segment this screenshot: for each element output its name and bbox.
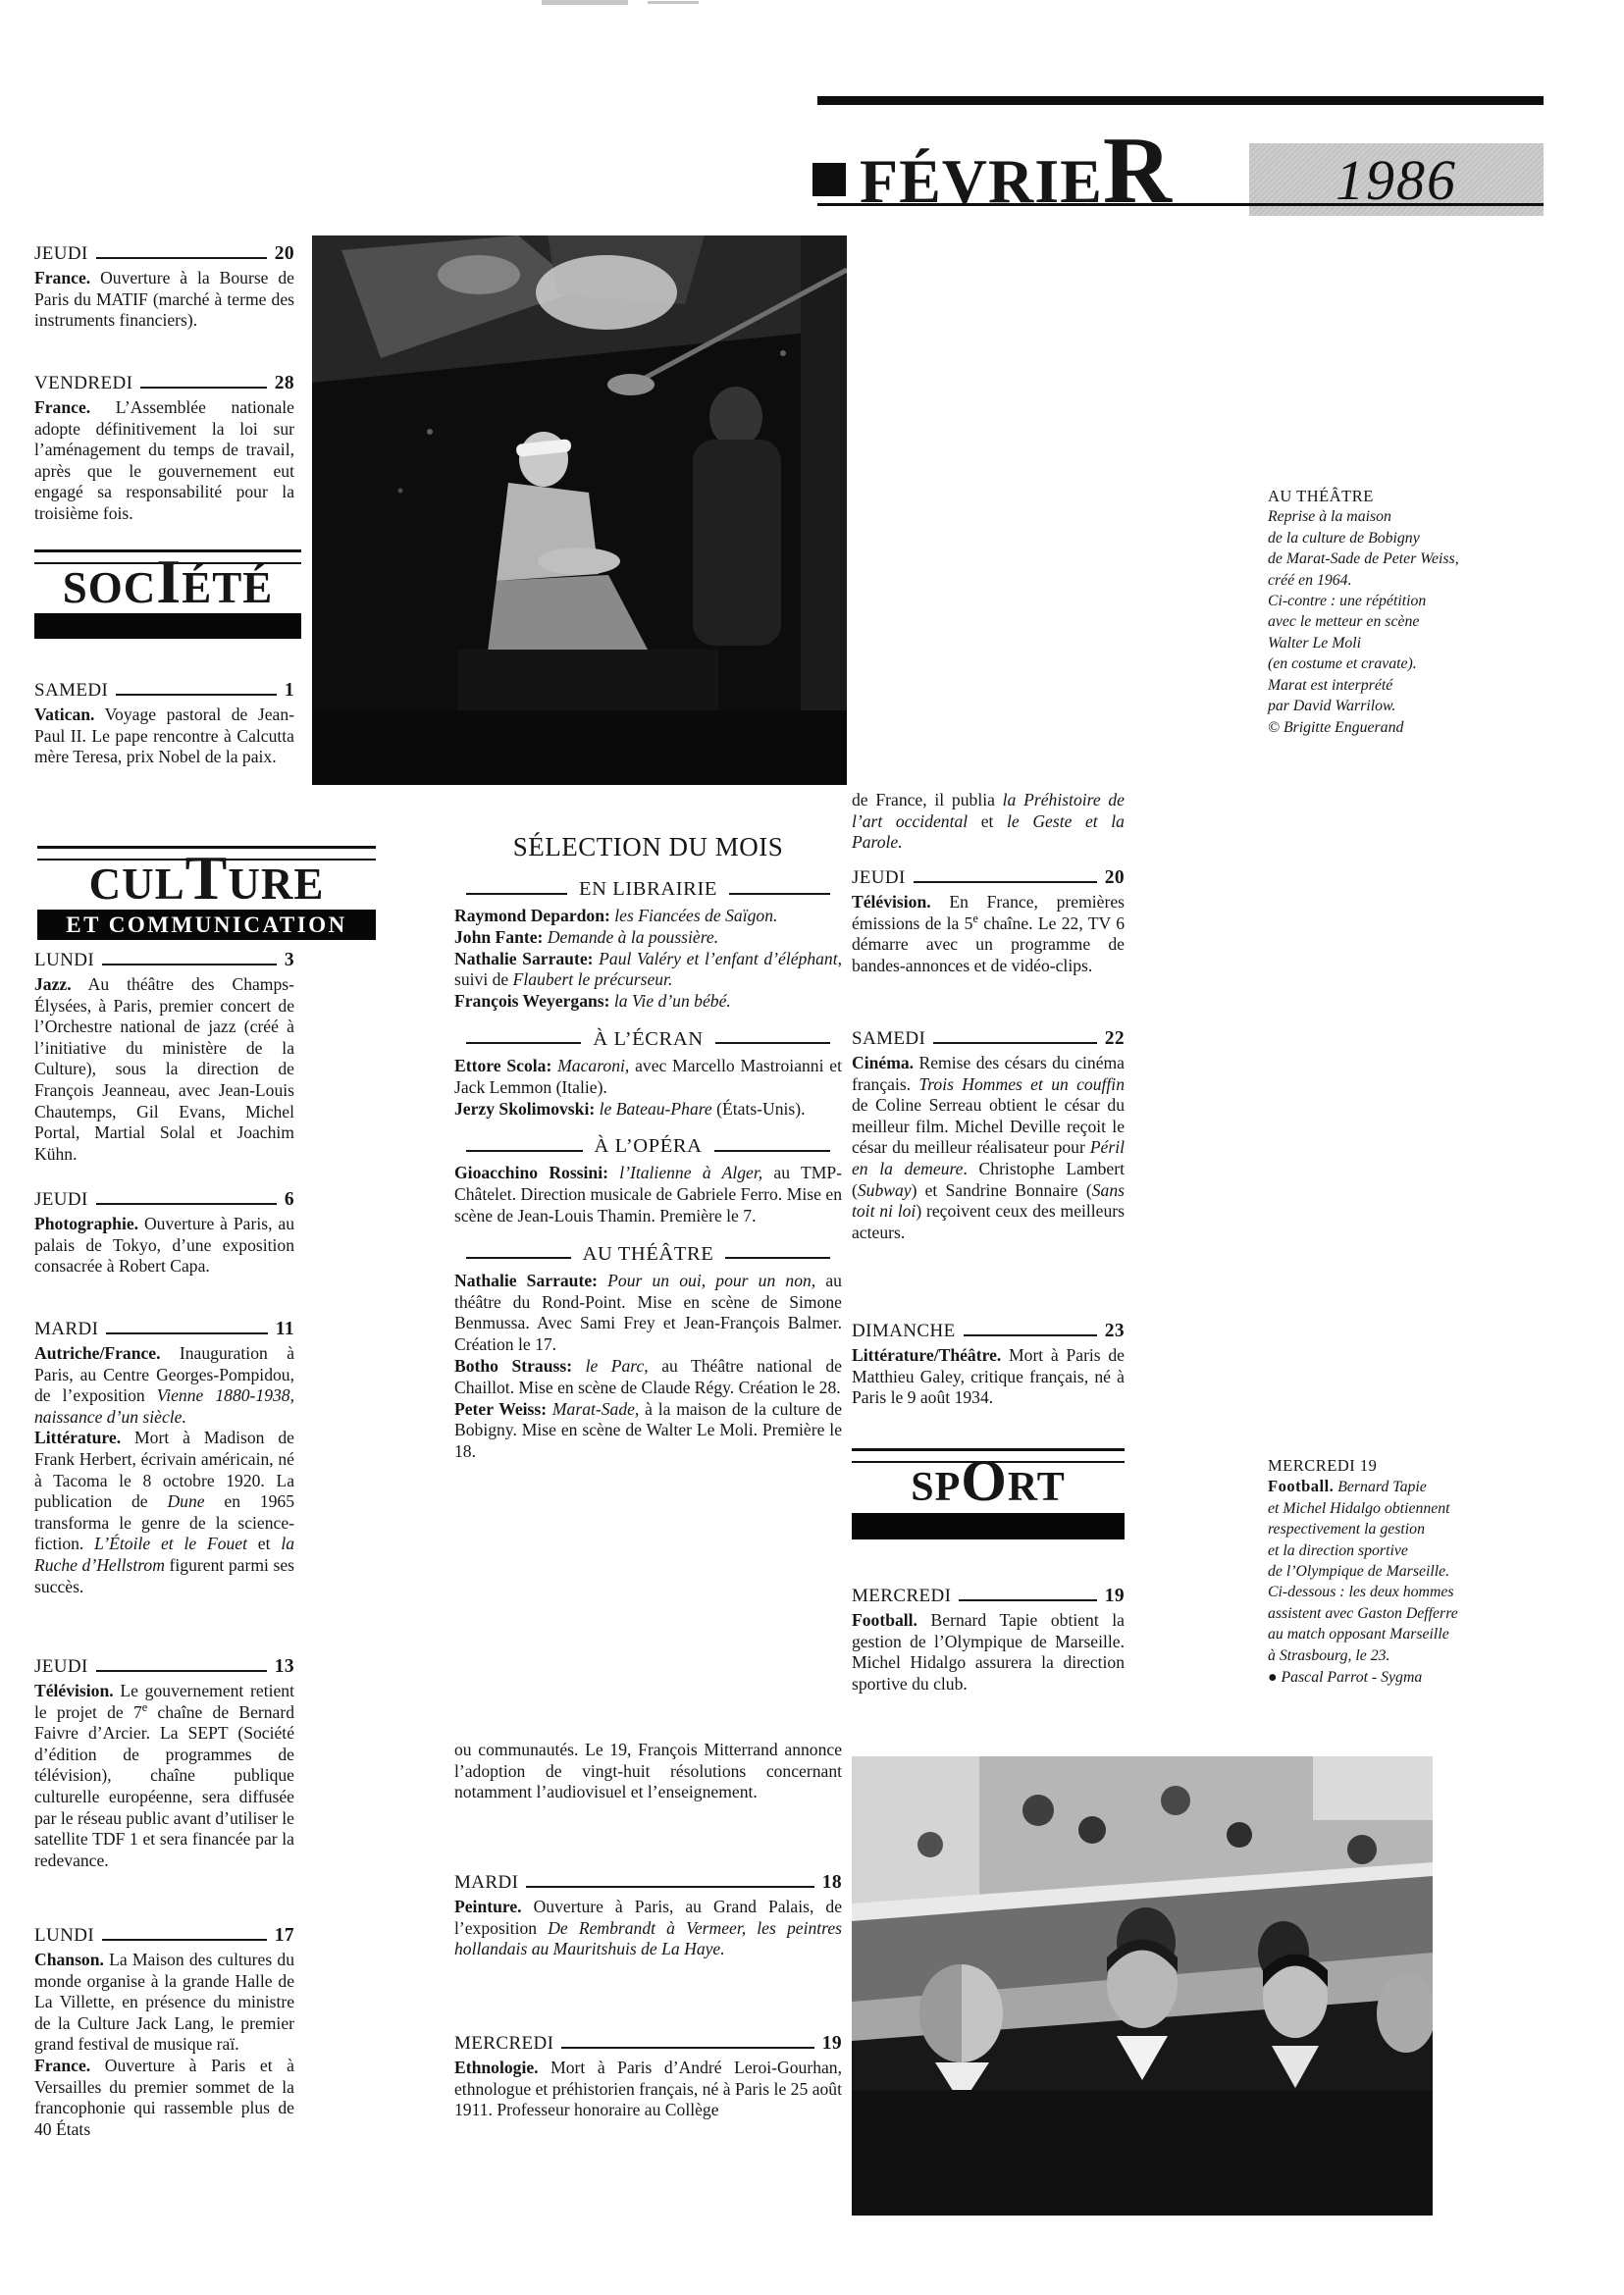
leader-rule: [116, 694, 277, 696]
day-label: SAMEDI: [852, 1028, 925, 1050]
leader-rule: [102, 1939, 267, 1941]
event-day-header: JEUDI 13: [34, 1656, 294, 1678]
caption-title: AU THÉÂTRE: [1268, 486, 1562, 506]
heading-label: AU THÉÂTRE: [583, 1243, 714, 1266]
event-jeudi-20: JEUDI 20 France. Ouverture à la Bourse d…: [34, 243, 294, 332]
leader-rule: [959, 1599, 1096, 1601]
caption-line: respectivement la gestion: [1268, 1519, 1562, 1539]
day-label: JEUDI: [852, 867, 906, 889]
heading-label: À L’OPÉRA: [595, 1135, 703, 1158]
leader-rule: [526, 1886, 813, 1888]
event-vendredi-28: VENDREDI 28 France. L’Assemblée national…: [34, 373, 294, 525]
event-text: France. Ouverture à Paris et à Versaille…: [34, 2056, 294, 2140]
group-heading: EN LIBRAIRIE: [454, 878, 842, 901]
heading-rule: [729, 893, 830, 895]
theatre-caption: AU THÉÂTRE Reprise à la maison de la cul…: [1268, 486, 1562, 739]
caption-line: de Marat-Sade de Peter Weiss,: [1268, 548, 1562, 569]
section-sport: SPORT: [852, 1448, 1125, 1539]
leader-rule: [96, 257, 267, 259]
day-label: MERCREDI: [454, 2033, 553, 2055]
event-text: Littérature. Mort à Madison de Frank Her…: [34, 1428, 294, 1597]
selection-item: François Weyergans: la Vie d’un bébé.: [454, 991, 842, 1013]
event-day-header: JEUDI 6: [34, 1189, 294, 1211]
heading-rule: [725, 1257, 830, 1259]
black-square-icon: [812, 163, 846, 196]
continuation-text: de France, il publia la Préhistoire de l…: [852, 790, 1125, 854]
heading-rule: [714, 1150, 831, 1152]
day-label: JEUDI: [34, 1656, 88, 1678]
event-dimanche-23: DIMANCHE 23 Littérature/Théâtre. Mort à …: [852, 1321, 1125, 1409]
caption-line: Ci-contre : une répétition: [1268, 591, 1562, 611]
caption-line: de la culture de Bobigny: [1268, 528, 1562, 548]
day-label: MARDI: [34, 1319, 98, 1340]
event-day-header: LUNDI 17: [34, 1925, 294, 1947]
caption-line: Reprise à la maison: [1268, 506, 1562, 527]
caption-line: au match opposant Marseille: [1268, 1624, 1562, 1644]
day-label: JEUDI: [34, 243, 88, 265]
page-header: FÉVRIER 1986: [812, 96, 1544, 212]
selection-du-mois: SÉLECTION DU MOIS EN LIBRAIRIE Raymond D…: [454, 832, 842, 1463]
event-lundi-17: LUNDI 17 Chanson. La Maison des cultures…: [34, 1925, 294, 2140]
header-bottom-rule: [817, 203, 1544, 206]
day-number: 20: [275, 243, 294, 265]
heading-label: À L’ÉCRAN: [593, 1028, 703, 1051]
heading-rule: [466, 1042, 581, 1044]
selection-item: Raymond Depardon: les Fiancées de Saïgon…: [454, 906, 842, 927]
day-number: 28: [275, 373, 294, 394]
selection-group-ecran: À L’ÉCRAN Ettore Scola: Macaroni, avec M…: [454, 1028, 842, 1120]
event-text: France. Ouverture à la Bourse de Paris d…: [34, 268, 294, 332]
event-text: Peinture. Ouverture à Paris, au Grand Pa…: [454, 1897, 842, 1960]
leader-rule: [933, 1042, 1096, 1044]
event-text: Ethnologie. Mort à Paris d’André Leroi-G…: [454, 2058, 842, 2121]
event-day-header: DIMANCHE 23: [852, 1321, 1125, 1342]
event-text: Littérature/Théâtre. Mort à Paris de Mat…: [852, 1345, 1125, 1409]
day-number: 18: [822, 1872, 842, 1894]
photo-credit: © Brigitte Enguerand: [1268, 717, 1562, 738]
group-heading: À L’ÉCRAN: [454, 1028, 842, 1051]
group-heading: AU THÉÂTRE: [454, 1243, 842, 1266]
day-number: 20: [1105, 867, 1125, 889]
caption-lead: Football.: [1268, 1477, 1334, 1495]
rehearsal-photo-art: [312, 235, 847, 785]
caption-line: et Michel Hidalgo obtiennent: [1268, 1498, 1562, 1519]
event-day-header: MERCREDI 19: [454, 2033, 842, 2055]
caption-line: et la direction sportive: [1268, 1540, 1562, 1561]
photo-credit: ● Pascal Parrot - Sygma: [1268, 1667, 1562, 1688]
section-title: CULTURE: [37, 855, 376, 908]
day-number: 22: [1105, 1028, 1125, 1050]
event-text: Jazz. Au théâtre des Champs-Élysées, à P…: [34, 974, 294, 1165]
event-samedi-1: SAMEDI 1 Vatican. Voyage pastoral de Jea…: [34, 680, 294, 768]
day-label: JEUDI: [34, 1189, 88, 1211]
day-number: 3: [285, 950, 294, 971]
leader-rule: [964, 1334, 1097, 1336]
black-bar: [852, 1513, 1125, 1539]
caption-line: Walter Le Moli: [1268, 633, 1562, 653]
heading-rule: [466, 893, 567, 895]
day-number: 23: [1105, 1321, 1125, 1342]
day-number: 6: [285, 1189, 294, 1211]
heading-label: EN LIBRAIRIE: [579, 878, 717, 901]
group-heading: À L’OPÉRA: [454, 1135, 842, 1158]
event-day-header: LUNDI 3: [34, 950, 294, 971]
section-culture: CULTURE ET COMMUNICATION: [37, 846, 376, 940]
event-text: Cinéma. Remise des césars du cinéma fran…: [852, 1053, 1125, 1243]
caption-line: à Strasbourg, le 23.: [1268, 1645, 1562, 1666]
leader-rule: [96, 1203, 277, 1205]
event-text: Photographie. Ouverture à Paris, au pala…: [34, 1214, 294, 1278]
leader-rule: [914, 881, 1097, 883]
event-mercredi-19-ethnologie: MERCREDI 19 Ethnologie. Mort à Paris d’A…: [454, 2033, 842, 2121]
event-jeudi-13: JEUDI 13 Télévision. Le gouvernement ret…: [34, 1656, 294, 1871]
caption-line: (en costume et cravate).: [1268, 653, 1562, 674]
day-label: VENDREDI: [34, 373, 132, 394]
event-day-header: JEUDI 20: [852, 867, 1125, 889]
day-label: LUNDI: [34, 1925, 94, 1947]
day-label: LUNDI: [34, 950, 94, 971]
event-mardi-11: MARDI 11 Autriche/France. Inauguration à…: [34, 1319, 294, 1597]
selection-item: Gioacchino Rossini: l’Italienne à Alger,…: [454, 1163, 842, 1226]
rehearsal-photo: [312, 235, 847, 785]
magazine-chronology-page: FÉVRIER 1986 JEUDI 20 France. Ouverture …: [0, 0, 1624, 2295]
event-day-header: MARDI 11: [34, 1319, 294, 1340]
header-top-rule: [817, 96, 1544, 105]
selection-item: Jerzy Skolimovski: le Bateau-Phare (État…: [454, 1099, 842, 1121]
selection-group-librairie: EN LIBRAIRIE Raymond Depardon: les Fianc…: [454, 878, 842, 1013]
selection-item: John Fante: Demande à la poussière.: [454, 927, 842, 949]
selection-item: Ettore Scola: Macaroni, avec Marcello Ma…: [454, 1056, 842, 1099]
print-artifact: [648, 1, 699, 4]
event-text: Vatican. Voyage pastoral de Jean-Paul II…: [34, 704, 294, 768]
event-day-header: JEUDI 20: [34, 243, 294, 265]
match-photo-art: [852, 1756, 1433, 2216]
event-mardi-18: MARDI 18 Peinture. Ouverture à Paris, au…: [454, 1872, 842, 1960]
day-label: SAMEDI: [34, 680, 108, 702]
section-subtitle: ET COMMUNICATION: [37, 910, 376, 940]
section-title: SOCIÉTÉ: [34, 558, 301, 611]
selection-item: Nathalie Sarraute: Pour un oui, pour un …: [454, 1271, 842, 1356]
sport-caption: MERCREDI 19 Football. Bernard Tapie et M…: [1268, 1455, 1562, 1688]
day-number: 17: [275, 1925, 294, 1947]
selection-title: SÉLECTION DU MOIS: [454, 832, 842, 862]
selection-group-opera: À L’OPÉRA Gioacchino Rossini: l’Italienn…: [454, 1135, 842, 1226]
selection-item: Nathalie Sarraute: Paul Valéry et l’enfa…: [454, 949, 842, 992]
print-artifact: [542, 0, 628, 5]
day-number: 11: [276, 1319, 294, 1340]
leader-rule: [561, 2047, 813, 2049]
day-number: 1: [285, 680, 294, 702]
event-day-header: SAMEDI 22: [852, 1028, 1125, 1050]
heading-rule: [466, 1257, 571, 1259]
black-bar: [34, 613, 301, 639]
day-label: MARDI: [454, 1872, 518, 1894]
event-jeudi-6: JEUDI 6 Photographie. Ouverture à Paris,…: [34, 1189, 294, 1278]
event-day-header: VENDREDI 28: [34, 373, 294, 394]
leader-rule: [106, 1332, 267, 1334]
event-text: France. L’Assemblée nationale adopte déf…: [34, 397, 294, 525]
day-number: 19: [822, 2033, 842, 2055]
event-text: Télévision. En France, premières émissio…: [852, 892, 1125, 976]
leader-rule: [102, 964, 277, 965]
caption-title: MERCREDI 19: [1268, 1455, 1562, 1476]
day-number: 19: [1105, 1586, 1125, 1607]
event-day-header: MERCREDI 19: [852, 1586, 1125, 1607]
selection-item: Peter Weiss: Marat-Sade, à la maison de …: [454, 1399, 842, 1463]
caption-line: assistent avec Gaston Defferre: [1268, 1603, 1562, 1624]
caption-line: par David Warrilow.: [1268, 696, 1562, 716]
match-photo: [852, 1756, 1433, 2216]
selection-item: Botho Strauss: le Parc, au Théâtre natio…: [454, 1356, 842, 1399]
section-societe: SOCIÉTÉ: [34, 549, 301, 639]
day-label: MERCREDI: [852, 1586, 951, 1607]
continuation-text: ou communautés. Le 19, François Mitterra…: [454, 1740, 842, 1803]
event-text: Autriche/France. Inauguration à Paris, a…: [34, 1343, 294, 1428]
caption-line: avec le metteur en scène: [1268, 611, 1562, 632]
event-text: Télévision. Le gouvernement retient le p…: [34, 1681, 294, 1871]
event-day-header: MARDI 18: [454, 1872, 842, 1894]
leader-rule: [140, 387, 266, 389]
leader-rule: [96, 1670, 267, 1672]
caption-line: Ci-dessous : les deux hommes: [1268, 1582, 1562, 1602]
month-title: FÉVRIER: [860, 116, 1173, 225]
event-samedi-22: SAMEDI 22 Cinéma. Remise des césars du c…: [852, 1028, 1125, 1243]
mid-continuation: ou communautés. Le 19, François Mitterra…: [454, 1740, 842, 1803]
event-day-header: SAMEDI 1: [34, 680, 294, 702]
caption-line: Football. Bernard Tapie: [1268, 1476, 1562, 1497]
section-title: SPORT: [852, 1457, 1125, 1511]
col3-continuation: de France, il publia la Préhistoire de l…: [852, 790, 1125, 854]
event-jeudi-20-tv: JEUDI 20 Télévision. En France, première…: [852, 867, 1125, 976]
caption-line: Marat est interprété: [1268, 675, 1562, 696]
caption-line: créé en 1964.: [1268, 570, 1562, 591]
heading-rule: [466, 1150, 583, 1152]
day-number: 13: [275, 1656, 294, 1678]
day-label: DIMANCHE: [852, 1321, 956, 1342]
month-banner: FÉVRIER 1986: [812, 108, 1544, 209]
heading-rule: [715, 1042, 830, 1044]
event-text: Football. Bernard Tapie obtient la gesti…: [852, 1610, 1125, 1695]
event-lundi-3: LUNDI 3 Jazz. Au théâtre des Champs-Élys…: [34, 950, 294, 1165]
selection-group-theatre: AU THÉÂTRE Nathalie Sarraute: Pour un ou…: [454, 1243, 842, 1463]
event-mercredi-19-football: MERCREDI 19 Football. Bernard Tapie obti…: [852, 1586, 1125, 1695]
event-text: Chanson. La Maison des cultures du monde…: [34, 1950, 294, 2056]
caption-line: de l’Olympique de Marseille.: [1268, 1561, 1562, 1582]
